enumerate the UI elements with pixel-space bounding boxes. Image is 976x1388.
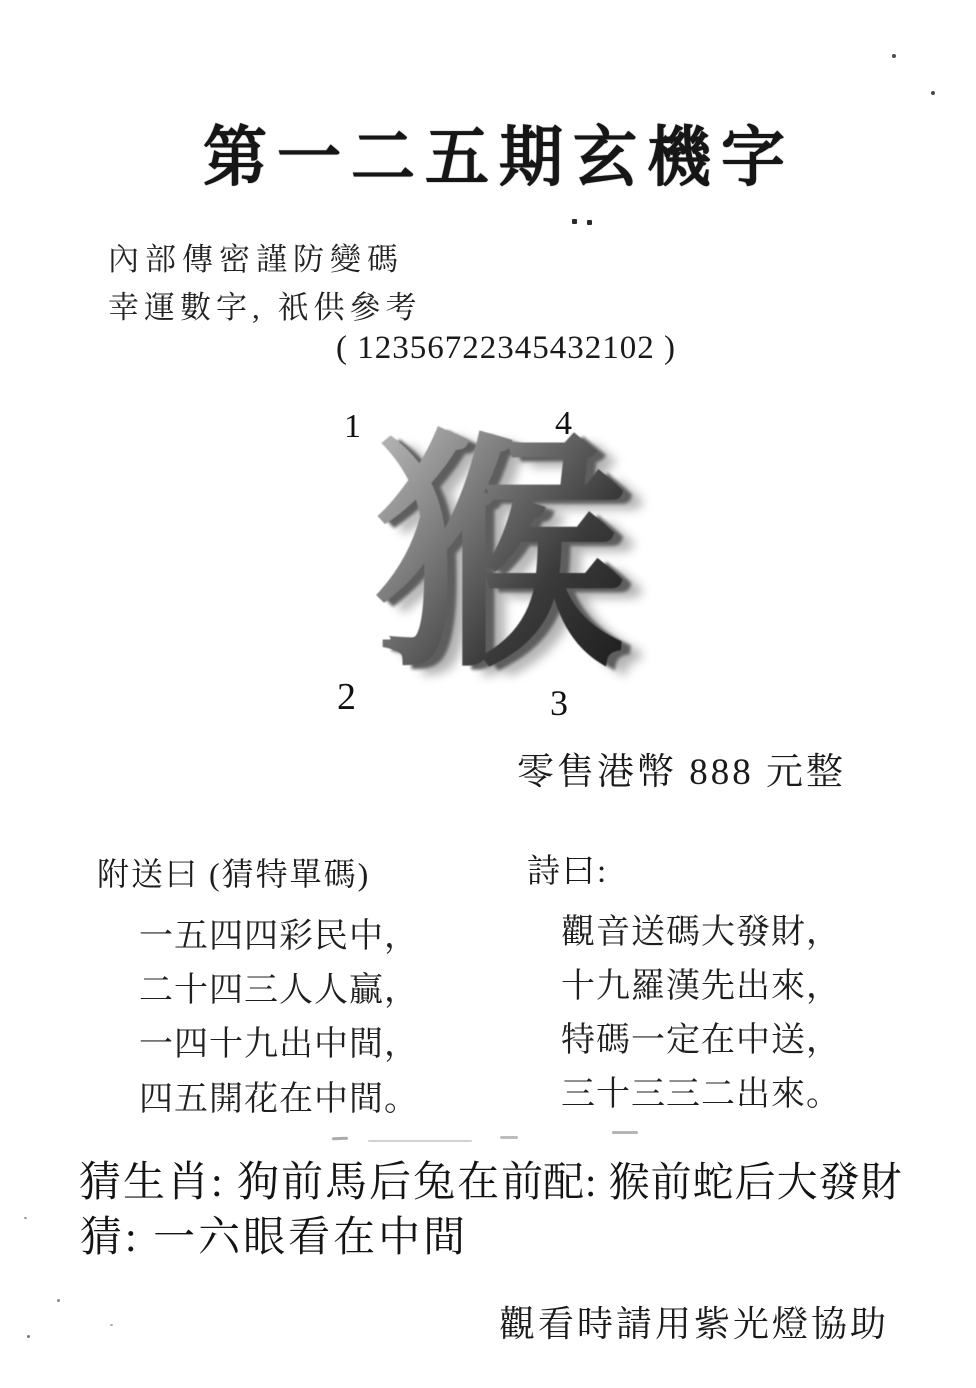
- price-line: 零售港幣 888 元整: [517, 741, 846, 795]
- note-secret-code: 內部傳密謹防變碼: [108, 234, 404, 279]
- ink-dot: [572, 219, 577, 224]
- ink-speck: [27, 1335, 30, 1338]
- right-poem-line: 觀音送碼大發財，: [561, 904, 841, 953]
- right-column-header: 詩曰:: [527, 845, 608, 892]
- note-lucky-numbers: 幸運數字, 祇供參考: [108, 282, 422, 327]
- left-poem-line: 四五開花在中間。: [139, 1071, 419, 1120]
- scan-smudge: [368, 1140, 472, 1142]
- left-poem-line: 二十四三人人贏，: [139, 962, 419, 1011]
- right-poem-line: 十九羅漢先出來，: [561, 958, 841, 1007]
- uv-light-note: 觀看時請用紫光燈協助: [499, 1296, 889, 1347]
- left-column-header: 附送曰 (猜特單碼): [97, 849, 370, 895]
- mystery-character-face: 猴: [328, 416, 672, 698]
- tip-sheet-page: 第一二五期玄機字 內部傳密謹防變碼 幸運數字, 祇供參考 ( 123567223…: [0, 0, 976, 1388]
- page-title: 第一二五期玄機字: [203, 105, 795, 199]
- ink-speck: [57, 1299, 60, 1302]
- ink-speck: [931, 91, 935, 95]
- right-poem-line: 三十三三二出來。: [561, 1066, 841, 1115]
- lucky-number-string: ( 12356722345432102 ): [336, 330, 676, 367]
- zodiac-match-line: 配: 猴前蛇后大發財: [543, 1149, 903, 1208]
- left-poem-line: 一四十九出中間，: [139, 1016, 419, 1065]
- number-guess-line: 猜: 一六眼看在中間: [80, 1204, 468, 1264]
- scan-smudge: [332, 1137, 348, 1141]
- left-poem-line: 一五四四彩民中，: [139, 908, 419, 957]
- ink-speck: [110, 1324, 113, 1326]
- ink-dot: [587, 220, 592, 225]
- zodiac-guess-line: 猜生肖: 狗前馬后兔在前: [79, 1149, 545, 1209]
- ink-speck: [24, 1217, 27, 1219]
- mystery-character: 猴 猴 猴: [328, 416, 672, 708]
- ink-speck: [892, 54, 896, 58]
- right-poem-line: 特碼一定在中送，: [561, 1012, 841, 1061]
- scan-smudge: [612, 1131, 638, 1134]
- scan-smudge: [500, 1136, 518, 1139]
